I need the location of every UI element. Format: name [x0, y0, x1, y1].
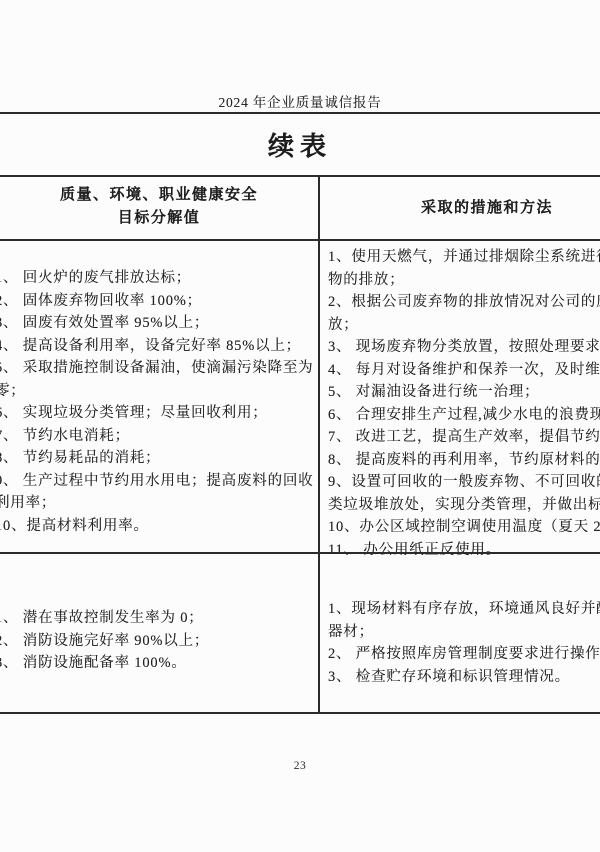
text-line: 4、 提高设备利用率，设备完好率 85%以上； — [0, 335, 313, 358]
text-line: 质量、环境、职业健康安全 — [0, 184, 318, 207]
column-header-measures: 采取的措施和方法 — [334, 197, 600, 220]
continued-table-title: 续表 — [0, 126, 600, 163]
text-line: 3、 消防设施配备率 100%。 — [0, 652, 209, 675]
text-line: 10、提高材料利用率。 — [0, 515, 313, 538]
text-line: 11、 办公用纸正反使用。 — [328, 539, 600, 562]
text-line: 8、 提高废料的再利用率，节约原材料的消 — [328, 449, 600, 472]
row2-goals-cell: 1、 潜在事故控制发生率为 0；2、 消防设施完好率 90%以上；3、 消防设施… — [0, 607, 209, 675]
table-column-divider — [318, 175, 320, 714]
text-line: 2、根据公司废弃物的排放情况对公司的废 — [328, 291, 600, 314]
text-line: 2、 固体废弃物回收率 100%； — [0, 290, 313, 313]
text-line: 1、现场材料有序存放，环境通风良好并配 — [328, 598, 600, 621]
text-line: 1、 回火炉的废气排放达标； — [0, 267, 313, 290]
text-line: 10、办公区域控制空调使用温度（夏天 26℃ — [328, 516, 600, 539]
text-line: 3、 固废有效处置率 95%以上； — [0, 312, 313, 335]
text-line: 2、 消防设施完好率 90%以上； — [0, 630, 209, 653]
text-line: 9、 生产过程中节约用水用电；提高废料的回收 — [0, 470, 313, 493]
text-line: 放； — [328, 314, 600, 337]
text-line: 6、 合理安排生产过程,减少水电的浪费现 — [328, 404, 600, 427]
text-line: 1、 潜在事故控制发生率为 0； — [0, 607, 209, 630]
row2-measures-cell: 1、现场材料有序存放，环境通风良好并配器材；2、 严格按照库房管理制度要求进行操… — [328, 598, 600, 688]
text-line: 3、 现场废弃物分类放置，按照处理要求进 — [328, 336, 600, 359]
text-line: 9、设置可回收的一般废弃物、不可回收的 — [328, 471, 600, 494]
page-number: 23 — [0, 760, 600, 772]
text-line: 器材； — [328, 621, 600, 644]
running-header: 2024 年企业质量诚信报告 — [0, 91, 600, 111]
text-line: 3、 检查贮存环境和标识管理情况。 — [328, 666, 600, 689]
column-header-goals: 质量、环境、职业健康安全目标分解值 — [0, 184, 318, 229]
row1-goals-cell: 1、 回火炉的废气排放达标；2、 固体废弃物回收率 100%；3、 固废有效处置… — [0, 267, 313, 537]
text-line: 6、 实现垃圾分类管理；尽量回收利用； — [0, 402, 313, 425]
text-line: 零； — [0, 380, 313, 403]
text-line: 1、使用天燃气，并通过排烟除尘系统进行 — [328, 246, 600, 269]
text-line: 5、 采取措施控制设备漏油，使滴漏污染降至为 — [0, 357, 313, 380]
header-rule — [0, 112, 600, 114]
table-top-border — [0, 175, 600, 177]
text-line: 8、 节约易耗品的消耗； — [0, 447, 313, 470]
text-line: 目标分解值 — [0, 207, 318, 230]
text-line: 类垃圾堆放处，实现分类管理，并做出标 — [328, 494, 600, 517]
table-header-separator — [0, 239, 600, 241]
text-line: 利用率； — [0, 492, 313, 515]
row1-measures-cell: 1、使用天燃气，并通过排烟除尘系统进行物的排放；2、根据公司废弃物的排放情况对公… — [328, 246, 600, 561]
text-line: 7、 节约水电消耗； — [0, 425, 313, 448]
text-line: 2、 严格按照库房管理制度要求进行操作， — [328, 643, 600, 666]
text-line: 物的排放； — [328, 269, 600, 292]
text-line: 5、 对漏油设备进行统一治理； — [328, 381, 600, 404]
table-bottom-border — [0, 712, 600, 714]
text-line: 4、 每月对设备维护和保养一次，及时维修 — [328, 359, 600, 382]
text-line: 7、 改进工艺，提高生产效率，提倡节约类 — [328, 426, 600, 449]
